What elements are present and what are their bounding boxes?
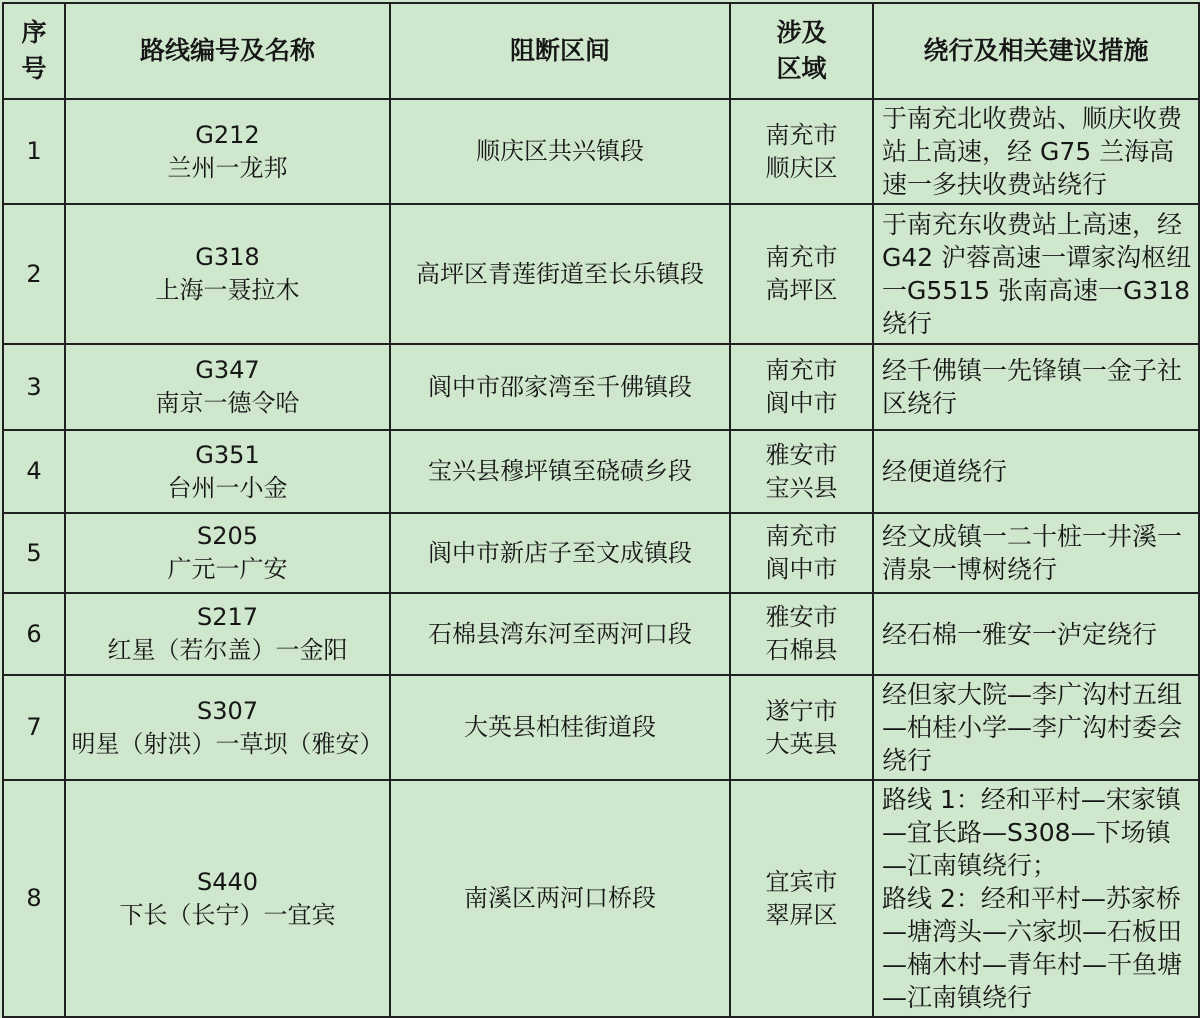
row-7-area: 遂宁市 大英县 <box>730 675 873 780</box>
row-4-detour: 经便道绕行 <box>873 430 1199 513</box>
row-8-no: 8 <box>3 780 65 1017</box>
row-5-no: 5 <box>3 513 65 593</box>
table-row: 6 S217 红星（若尔盖）一金阳 石棉县湾东河至两河口段 雅安市 石棉县 经石… <box>3 593 1199 675</box>
row-2-no: 2 <box>3 204 65 344</box>
row-8-detour: 路线 1：经和平村—宋家镇—宜长路—S308—下场镇—江南镇绕行； 路线 2：经… <box>873 780 1199 1017</box>
row-4-route: G351 台州一小金 <box>65 430 390 513</box>
row-2-detour: 于南充东收费站上高速，经 G42 沪蓉高速一谭家沟枢纽一G5515 张南高速一G… <box>873 204 1199 344</box>
row-7-no: 7 <box>3 675 65 780</box>
row-6-route: S217 红星（若尔盖）一金阳 <box>65 593 390 675</box>
road-closure-table: 序 号 路线编号及名称 阻断区间 涉及 区域 绕行及相关建议措施 1 G212 … <box>2 2 1200 1018</box>
table-row: 2 G318 上海一聂拉木 高坪区青莲街道至长乐镇段 南充市 高坪区 于南充东收… <box>3 204 1199 344</box>
row-5-detour: 经文成镇一二十桩一井溪一清泉一博树绕行 <box>873 513 1199 593</box>
table-row: 3 G347 南京一德令哈 阆中市邵家湾至千佛镇段 南充市 阆中市 经千佛镇一先… <box>3 344 1199 430</box>
row-2-route: G318 上海一聂拉木 <box>65 204 390 344</box>
header-row: 序 号 路线编号及名称 阻断区间 涉及 区域 绕行及相关建议措施 <box>3 3 1199 99</box>
row-1-blocked-section: 顺庆区共兴镇段 <box>390 99 730 204</box>
row-3-no: 3 <box>3 344 65 430</box>
row-3-blocked-section: 阆中市邵家湾至千佛镇段 <box>390 344 730 430</box>
table-row: 1 G212 兰州一龙邦 顺庆区共兴镇段 南充市 顺庆区 于南充北收费站、顺庆收… <box>3 99 1199 204</box>
row-6-area: 雅安市 石棉县 <box>730 593 873 675</box>
row-5-route: S205 广元一广安 <box>65 513 390 593</box>
row-1-detour: 于南充北收费站、顺庆收费站上高速，经 G75 兰海高速一多扶收费站绕行 <box>873 99 1199 204</box>
row-2-area: 南充市 高坪区 <box>730 204 873 344</box>
row-3-area: 南充市 阆中市 <box>730 344 873 430</box>
table-row: 4 G351 台州一小金 宝兴县穆坪镇至硗碛乡段 雅安市 宝兴县 经便道绕行 <box>3 430 1199 513</box>
row-8-route: S440 下长（长宁）一宜宾 <box>65 780 390 1017</box>
header-blocked-section: 阻断区间 <box>390 3 730 99</box>
table-row: 7 S307 明星（射洪）一草坝（雅安） 大英县柏桂街道段 遂宁市 大英县 经但… <box>3 675 1199 780</box>
row-7-detour: 经但家大院—李广沟村五组—柏桂小学—李广沟村委会绕行 <box>873 675 1199 780</box>
row-4-blocked-section: 宝兴县穆坪镇至硗碛乡段 <box>390 430 730 513</box>
row-6-no: 6 <box>3 593 65 675</box>
row-4-area: 雅安市 宝兴县 <box>730 430 873 513</box>
row-8-blocked-section: 南溪区两河口桥段 <box>390 780 730 1017</box>
header-area: 涉及 区域 <box>730 3 873 99</box>
row-5-area: 南充市 阆中市 <box>730 513 873 593</box>
header-detour: 绕行及相关建议措施 <box>873 3 1199 99</box>
row-2-blocked-section: 高坪区青莲街道至长乐镇段 <box>390 204 730 344</box>
row-6-blocked-section: 石棉县湾东河至两河口段 <box>390 593 730 675</box>
row-1-no: 1 <box>3 99 65 204</box>
row-6-detour: 经石棉一雅安一泸定绕行 <box>873 593 1199 675</box>
row-7-blocked-section: 大英县柏桂街道段 <box>390 675 730 780</box>
row-1-area: 南充市 顺庆区 <box>730 99 873 204</box>
row-7-route: S307 明星（射洪）一草坝（雅安） <box>65 675 390 780</box>
header-no: 序 号 <box>3 3 65 99</box>
table-row: 8 S440 下长（长宁）一宜宾 南溪区两河口桥段 宜宾市 翠屏区 路线 1：经… <box>3 780 1199 1017</box>
row-4-no: 4 <box>3 430 65 513</box>
row-8-area: 宜宾市 翠屏区 <box>730 780 873 1017</box>
row-3-route: G347 南京一德令哈 <box>65 344 390 430</box>
header-route: 路线编号及名称 <box>65 3 390 99</box>
row-1-route: G212 兰州一龙邦 <box>65 99 390 204</box>
row-3-detour: 经千佛镇一先锋镇一金子社区绕行 <box>873 344 1199 430</box>
table-row: 5 S205 广元一广安 阆中市新店子至文成镇段 南充市 阆中市 经文成镇一二十… <box>3 513 1199 593</box>
row-5-blocked-section: 阆中市新店子至文成镇段 <box>390 513 730 593</box>
